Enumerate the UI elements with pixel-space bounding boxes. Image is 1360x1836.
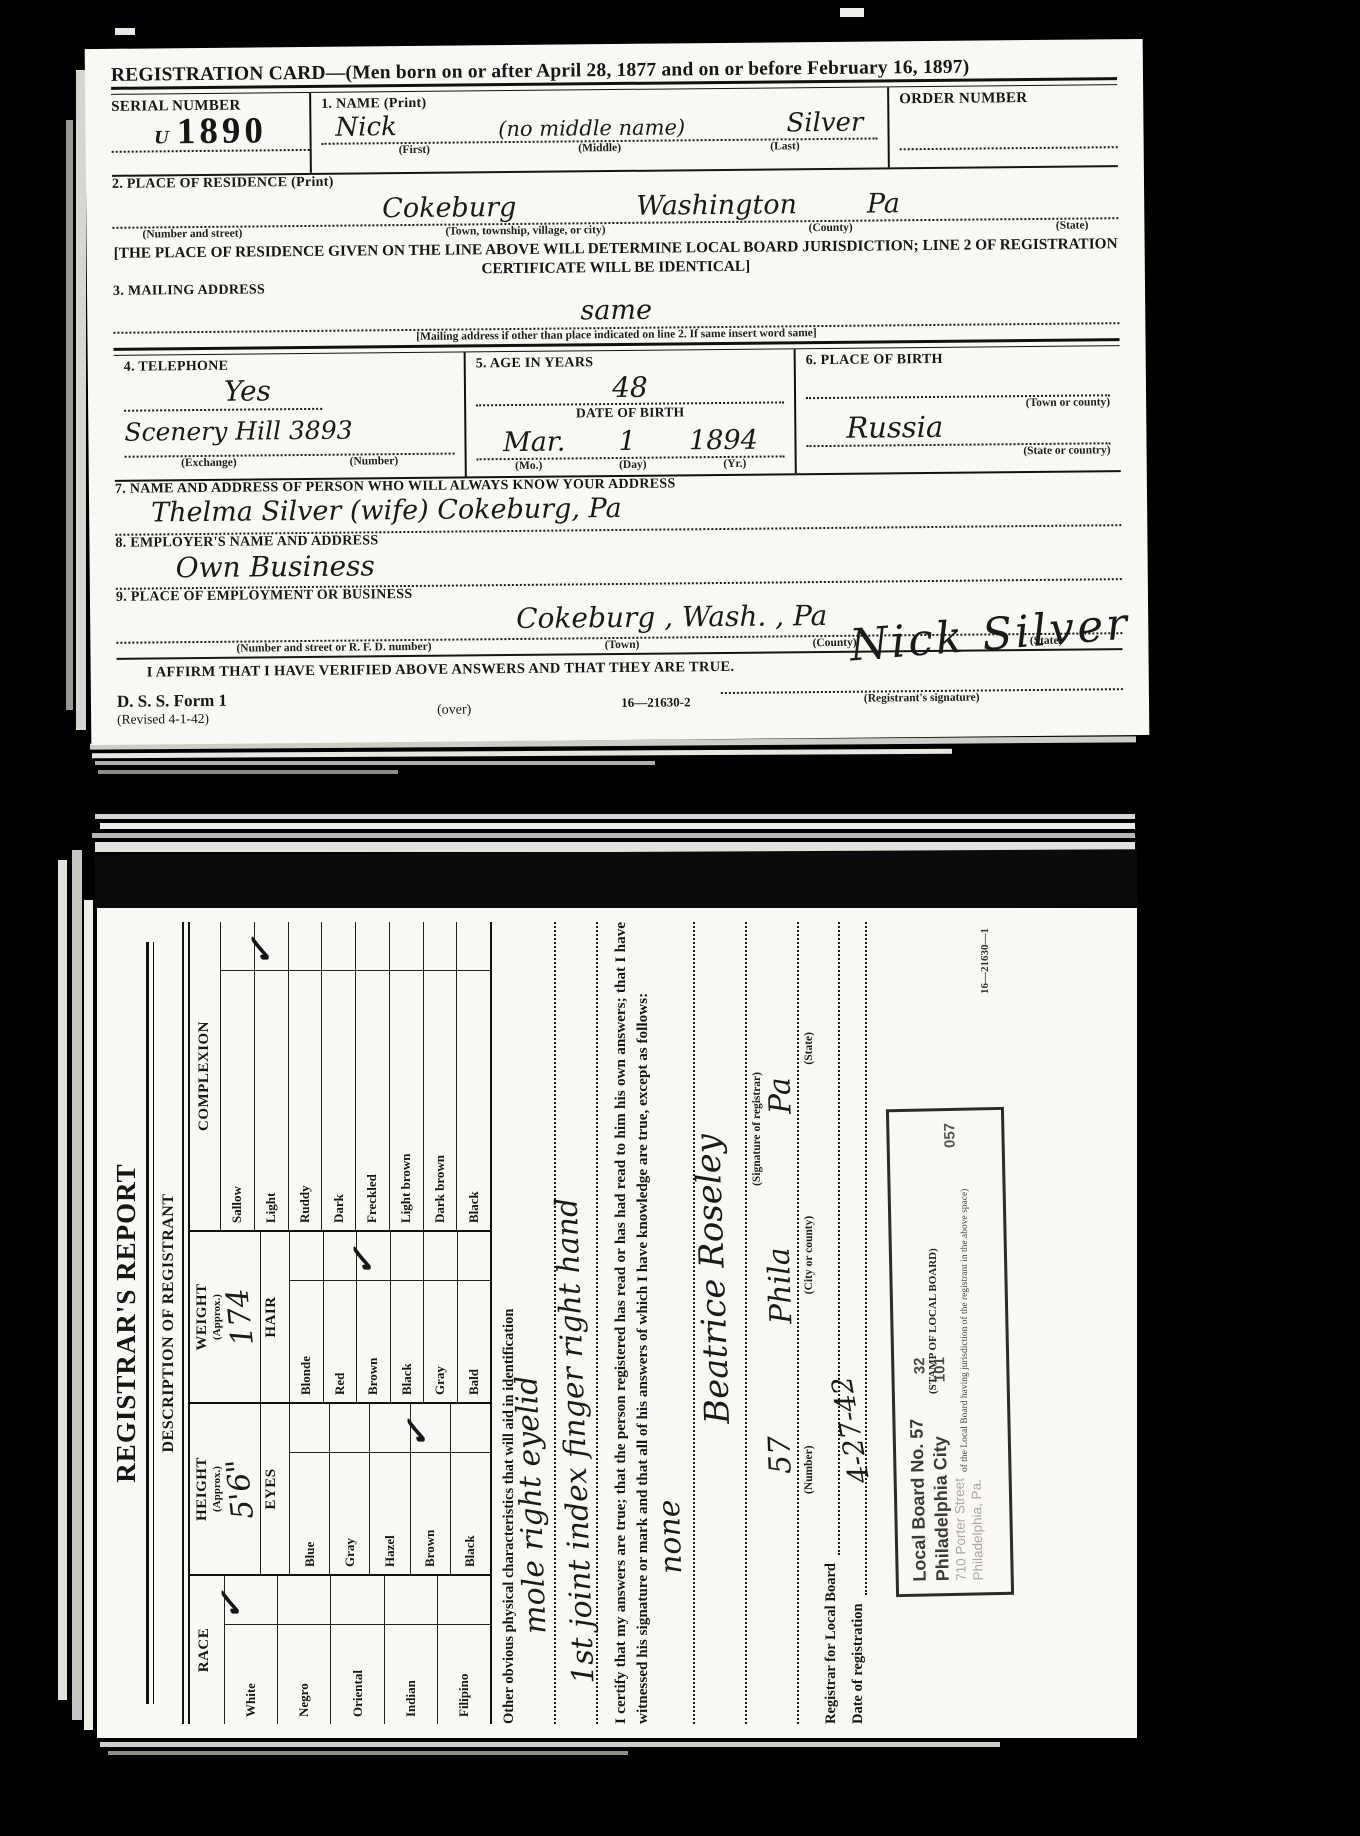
date-label: Date of registration: [850, 1603, 867, 1724]
registrar-address-line: 57 Phila Pa: [763, 922, 803, 1724]
complexion-check-cell: [356, 922, 389, 971]
complexion-column: COMPLEXION Sallow Light ✓ Ruddy Dark Fre…: [190, 922, 490, 1230]
write-line: [797, 922, 799, 1724]
stamp-area: (STAMP OF LOCAL BOARD) of the Local Boar…: [883, 922, 1043, 1724]
hair-check-cell: [391, 1232, 424, 1281]
race-option-label: Filipino: [456, 1625, 472, 1724]
year-sublabel: (Yr.): [723, 458, 746, 470]
card-stack-edge: [95, 761, 655, 765]
card-stack-edge: [84, 900, 93, 1730]
stamp-num-2: 101: [930, 1357, 950, 1382]
handwritten-checkmark: ✓: [239, 935, 282, 968]
race-option-row: Indian: [384, 1576, 437, 1724]
exchange-sublabel: (Exchange): [181, 457, 237, 470]
complexion-check-cell: [424, 922, 457, 971]
name-first-value: Nick: [335, 112, 397, 143]
complexion-option-label: Freckled: [364, 971, 380, 1230]
hair-option-row: Bald: [457, 1232, 491, 1402]
card-stack-edge: [100, 823, 1135, 829]
race-option-label: Oriental: [350, 1625, 366, 1724]
race-option-label: Indian: [403, 1625, 419, 1724]
race-check-cell: [385, 1576, 437, 1625]
order-number-label: ORDER NUMBER: [899, 89, 1117, 108]
back-title: REGISTRAR'S REPORT: [111, 922, 142, 1724]
race-option-label: White: [243, 1625, 259, 1724]
scan-speck: [840, 8, 864, 17]
eyes-option-label: Blue: [302, 1453, 318, 1574]
weight-header: WEIGHT: [190, 1232, 211, 1402]
race-option-row: Oriental: [330, 1576, 383, 1724]
hair-option-row: Blonde: [289, 1232, 323, 1402]
complexion-option-label: Light brown: [398, 971, 414, 1230]
registrar-state-value: Pa: [763, 1077, 799, 1115]
serial-number-value: 1890: [177, 114, 267, 148]
town-sublabel: (Town, township, village, or city): [445, 224, 605, 238]
hair-check-cell: [458, 1232, 491, 1281]
exception-value: none: [652, 1499, 690, 1575]
form-revision: (Revised 4-1-42): [117, 711, 227, 728]
eyes-option-label: Black: [462, 1453, 478, 1574]
hair-option-label: Red: [332, 1281, 348, 1402]
local-board-stamp: Local Board No. 57 Philadelphia City 710…: [886, 1107, 1014, 1597]
employment-street-sublabel: (Number and street or R. F. D. number): [236, 641, 431, 655]
month-sublabel: (Mo.): [515, 460, 542, 472]
name-cell: 1. NAME (Print) Nick (no middle name) Si…: [311, 87, 890, 173]
front-footer: D. S. S. Form 1 (Revised 4-1-42) (over) …: [117, 682, 1123, 728]
hair-check-cell: ✓: [357, 1232, 390, 1281]
exception-line: none: [653, 922, 699, 1724]
hair-option-label: Bald: [466, 1281, 482, 1402]
county-sublabel: (County): [809, 222, 853, 234]
complexion-check-cell: [322, 922, 355, 971]
birthplace-cell: 6. PLACE OF BIRTH (Town or county) Russi…: [796, 346, 1121, 473]
complexion-option-row: Dark: [321, 922, 355, 1230]
height-header: HEIGHT: [190, 1404, 211, 1574]
employment-town-sublabel: (Town): [605, 639, 640, 651]
card-stack-edge: [92, 833, 1135, 838]
telephone-value: Yes: [224, 373, 454, 409]
write-line: [745, 922, 747, 1724]
hair-check-cell: [290, 1232, 323, 1281]
eyes-option-label: Hazel: [382, 1453, 398, 1574]
complexion-check-cell: [457, 922, 490, 971]
dob-year-value: 1894: [689, 425, 758, 457]
complexion-option-row: Light brown: [389, 922, 423, 1230]
mailing-section: 3. MAILING ADDRESS same [Mailing address…: [113, 274, 1120, 356]
residence-state-value: Pa: [867, 188, 900, 219]
race-option-row: Filipino: [437, 1576, 490, 1724]
divider: [146, 942, 154, 1704]
hair-option-row: Gray: [423, 1232, 457, 1402]
telephone-cell: 4. TELEPHONE Yes Scenery Hill 3893 (Exch…: [114, 353, 467, 480]
scan-speck: [115, 28, 135, 35]
eyes-check-cell: [290, 1404, 329, 1453]
race-check-cell: [278, 1576, 330, 1625]
complexion-option-row: Black: [456, 922, 490, 1230]
back-subtitle: DESCRIPTION OF REGISTRANT: [160, 922, 178, 1724]
telephone-exchange-value: Scenery Hill 3893: [124, 415, 454, 456]
eyes-option-label: Brown: [422, 1453, 438, 1574]
handwritten-checkmark: ✓: [210, 1589, 253, 1622]
certification-text: I certify that my answers are true; that…: [610, 922, 653, 1724]
registrar-signature-label: (Signature of registrar): [751, 1072, 763, 1724]
eyes-check-cell: ✓: [411, 1404, 450, 1453]
city-sublabel: (City or county): [803, 1216, 815, 1294]
race-check-cell: [331, 1576, 383, 1625]
card-stack-edge: [66, 120, 73, 710]
complexion-option-row: Dark brown: [423, 922, 457, 1230]
scan-shadow-band: [95, 849, 1137, 912]
front-print-code: 16—21630-2: [621, 687, 691, 712]
hair-option-row: Black: [390, 1232, 424, 1402]
handwritten-checkmark: ✓: [342, 1245, 385, 1278]
affirmation-text: I AFFIRM THAT I HAVE VERIFIED ABOVE ANSW…: [147, 659, 735, 681]
complexion-option-label: Black: [466, 971, 482, 1230]
complexion-header: COMPLEXION: [190, 922, 220, 1230]
complexion-option-row: Freckled: [355, 922, 389, 1230]
card-stack-edge: [92, 749, 952, 759]
hair-option-label: Brown: [365, 1281, 381, 1402]
number-sublabel: (Number): [803, 1445, 815, 1494]
dob-month-value: Mar.: [503, 427, 566, 459]
race-check-cell: [438, 1576, 490, 1625]
race-option-row: Negro: [277, 1576, 330, 1724]
complexion-option-row: Sallow: [220, 922, 254, 1230]
characteristics-line-2: 1st joint index finger right hand: [560, 922, 602, 1724]
state-sublabel: (State): [1056, 219, 1089, 231]
write-line: [865, 922, 867, 1595]
card-stack-edge: [58, 860, 67, 1700]
hair-option-label: Blonde: [298, 1281, 314, 1402]
eyes-check-cell: [330, 1404, 369, 1453]
age-cell: 5. AGE IN YEARS 48 DATE OF BIRTH Mar. 1 …: [466, 350, 797, 477]
card-stack-edge: [98, 770, 398, 774]
card-stack-edge: [100, 1742, 1000, 1747]
complexion-option-label: Ruddy: [297, 971, 313, 1230]
hair-check-cell: [424, 1232, 457, 1281]
eyes-option-row: Brown ✓: [410, 1404, 450, 1574]
eyes-option-row: Black: [450, 1404, 490, 1574]
stamp-line-2: Philadelphia City: [928, 1418, 954, 1581]
complexion-check-cell: [390, 922, 423, 971]
name-middle-value: (no middle name): [498, 115, 685, 141]
complexion-option-label: Light: [263, 971, 279, 1230]
birth-state-sublabel: (State or country): [807, 444, 1111, 459]
dob-day-value: 1: [619, 426, 636, 457]
serial-number-cell: SERIAL NUMBER U 1890: [111, 93, 312, 175]
description-table: RACE White ✓ Negro Oriental Indian Filip…: [188, 922, 492, 1724]
board-label: Registrar for Local Board: [823, 1563, 840, 1724]
street-sublabel: (Number and street): [142, 228, 242, 241]
registrar-signature-line: Beatrice Roseley: [699, 922, 751, 1724]
hair-option-label: Gray: [432, 1281, 448, 1402]
stamp-code: 057: [941, 1123, 959, 1148]
stamp-line-1: Local Board No. 57: [906, 1418, 932, 1581]
contact-section: 7. NAME AND ADDRESS OF PERSON WHO WILL A…: [115, 472, 1121, 536]
registrar-number-value: 57: [763, 1435, 799, 1474]
registrar-signature: Beatrice Roseley: [688, 1133, 738, 1424]
form-name: D. S. S. Form 1: [117, 691, 227, 712]
order-number-cell: ORDER NUMBER: [889, 85, 1118, 167]
over-label: (over): [437, 689, 471, 719]
hair-option-row: Brown ✓: [356, 1232, 390, 1402]
registration-card-front: REGISTRATION CARD—(Men born on or after …: [85, 39, 1150, 745]
state-sublabel: (State): [803, 1032, 815, 1065]
complexion-option-label: Dark brown: [432, 971, 448, 1230]
stamp-city: Philadelphia, Pa.: [967, 1417, 987, 1580]
back-print-code: 16—21630—1: [979, 928, 991, 994]
birthplace-value: Russia: [846, 408, 1110, 445]
stamp-num-1: 32: [910, 1357, 930, 1382]
last-sublabel: (Last): [692, 139, 877, 153]
card-stack-edge: [95, 814, 1135, 819]
registrar-city-value: Phila: [762, 1247, 800, 1325]
handwritten-checkmark: ✓: [395, 1417, 438, 1450]
employer-section: 8. EMPLOYER'S NAME AND ADDRESS Own Busin…: [115, 526, 1121, 590]
registrant-signature-label: (Registrant's signature): [720, 690, 1123, 706]
serial-prefix: U: [154, 129, 169, 149]
write-line: [124, 408, 322, 412]
write-line: [596, 922, 598, 1724]
complexion-option-label: Dark: [331, 971, 347, 1230]
card-stack-edge: [108, 1751, 628, 1755]
write-line: [900, 146, 1118, 150]
eyes-check-cell: [451, 1404, 490, 1453]
middle-sublabel: (Middle): [507, 141, 692, 155]
complexion-option-row: Ruddy: [288, 922, 322, 1230]
age-value: 48: [476, 370, 784, 405]
race-option-row: White ✓: [224, 1576, 277, 1724]
name-last-value: Silver: [786, 108, 863, 139]
hair-option-label: Black: [399, 1281, 415, 1402]
eyes-option-row: Gray: [329, 1404, 369, 1574]
residence-town-value: Cokeburg: [382, 192, 516, 224]
weight-hair-column: WEIGHT (Approx.) 174 HAIR Blonde Red Bro…: [190, 1230, 490, 1402]
race-option-label: Negro: [296, 1625, 312, 1724]
height-eyes-column: HEIGHT (Approx.) 5'6" EYES Blue Gray Haz…: [190, 1402, 490, 1574]
race-check-cell: ✓: [225, 1576, 277, 1625]
number-sublabel: (Number): [350, 455, 399, 467]
complexion-check-cell: [289, 922, 322, 971]
complexion-option-row: Light ✓: [254, 922, 288, 1230]
telephone-age-birth-row: 4. TELEPHONE Yes Scenery Hill 3893 (Exch…: [114, 346, 1121, 482]
scanned-draft-card-page: { "front_card": { "header": "REGISTRATIO…: [0, 0, 1360, 1836]
first-sublabel: (First): [322, 143, 507, 157]
residence-section: 2. PLACE OF RESIDENCE (Print) Cokeburg W…: [112, 167, 1119, 241]
divider: [182, 922, 184, 1724]
complexion-option-label: Sallow: [229, 971, 245, 1230]
race-column: RACE White ✓ Negro Oriental Indian Filip…: [190, 1574, 490, 1724]
registrars-report-back: REGISTRAR'S REPORT DESCRIPTION OF REGIST…: [97, 908, 1137, 1738]
day-sublabel: (Day): [619, 459, 647, 471]
eyes-option-label: Gray: [342, 1453, 358, 1574]
complexion-check-cell: ✓: [255, 922, 288, 971]
residence-county-value: Washington: [636, 189, 797, 222]
card-stack-edge: [76, 70, 86, 730]
card-stack-edge: [72, 850, 82, 1720]
eyes-option-row: Blue: [289, 1404, 329, 1574]
serial-name-order-row: SERIAL NUMBER U 1890 1. NAME (Print) Nic…: [111, 85, 1118, 175]
